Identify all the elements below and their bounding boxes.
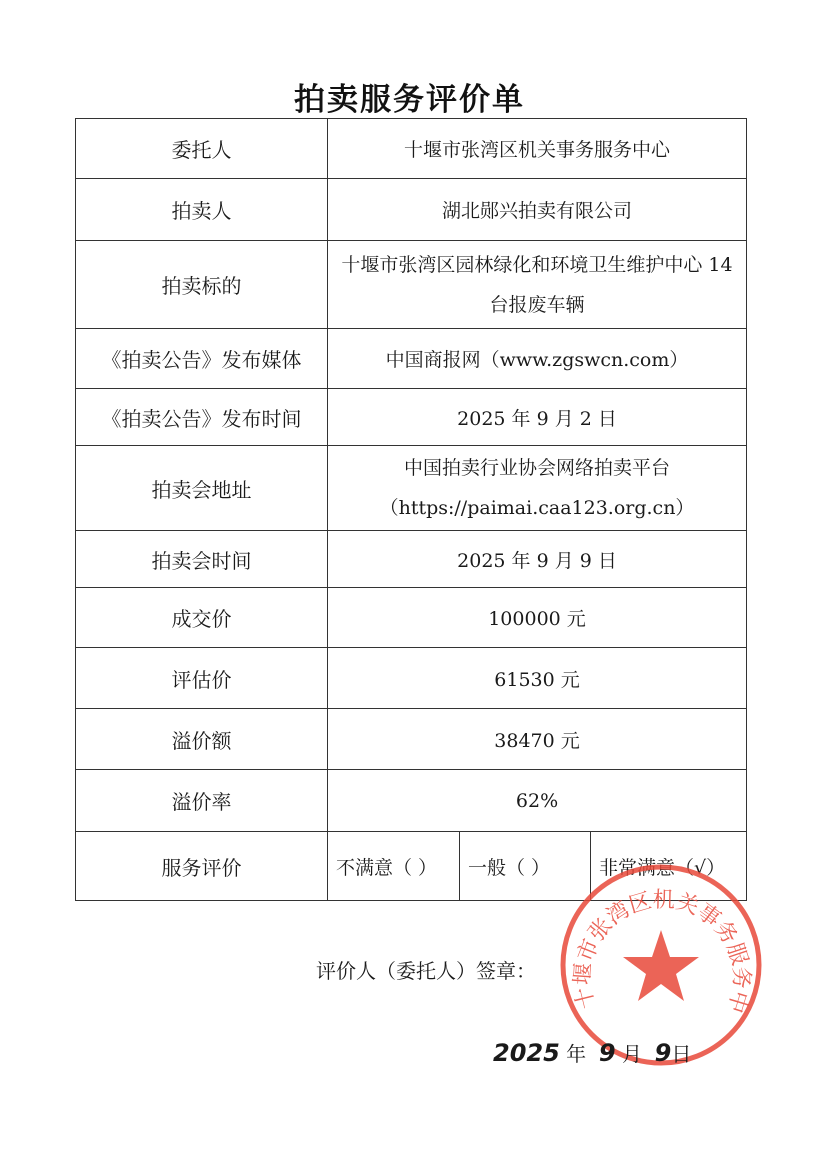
row-announcement-media: 《拍卖公告》发布媒体 中国商报网（www.zgswcn.com） <box>76 329 747 389</box>
value-premium-amount: 38470 元 <box>328 709 747 770</box>
row-premium-rate: 溢价率 62% <box>76 770 747 832</box>
option-average-mark[interactable]: （ ） <box>506 857 550 879</box>
label-premium-amount: 溢价额 <box>76 709 328 770</box>
label-announcement-media: 《拍卖公告》发布媒体 <box>76 329 328 389</box>
auction-object-line-2: 台报废车辆 <box>328 285 746 325</box>
star-icon <box>623 930 699 1001</box>
label-auction-address: 拍卖会地址 <box>76 446 328 531</box>
document-title: 拍卖服务评价单 <box>0 74 819 119</box>
signature-label: 评价人（委托人）签章： <box>316 955 536 984</box>
label-auction-date: 拍卖会时间 <box>76 531 328 588</box>
label-auction-object: 拍卖标的 <box>76 241 328 329</box>
label-announcement-date: 《拍卖公告》发布时间 <box>76 389 328 446</box>
label-premium-rate: 溢价率 <box>76 770 328 832</box>
value-auctioneer: 湖北郧兴拍卖有限公司 <box>328 179 747 241</box>
value-announcement-date: 2025 年 9 月 2 日 <box>328 389 747 446</box>
label-auctioneer: 拍卖人 <box>76 179 328 241</box>
option-average-text: 一般 <box>468 857 506 879</box>
row-appraised-price: 评估价 61530 元 <box>76 648 747 709</box>
value-appraised-price: 61530 元 <box>328 648 747 709</box>
day-unit: 日 <box>671 1042 691 1066</box>
value-auction-date: 2025 年 9 月 9 日 <box>328 531 747 588</box>
signed-month: 9 <box>599 1039 616 1067</box>
seal-text: 十堰市张湾区机关事务服务中心 <box>558 862 753 1016</box>
evaluation-table: 委托人 十堰市张湾区机关事务服务中心 拍卖人 湖北郧兴拍卖有限公司 拍卖标的 十… <box>75 118 747 901</box>
label-consignor: 委托人 <box>76 119 328 179</box>
row-auction-object: 拍卖标的 十堰市张湾区园林绿化和环境卫生维护中心 14 台报废车辆 <box>76 241 747 329</box>
row-auctioneer: 拍卖人 湖北郧兴拍卖有限公司 <box>76 179 747 241</box>
value-auction-object: 十堰市张湾区园林绿化和环境卫生维护中心 14 台报废车辆 <box>328 241 747 329</box>
signed-year: 2025 <box>493 1039 560 1067</box>
svg-text:十堰市张湾区机关事务服务中心: 十堰市张湾区机关事务服务中心 <box>558 862 753 1016</box>
value-final-price: 100000 元 <box>328 588 747 648</box>
auction-address-line-2: （https://paimai.caa123.org.cn） <box>328 488 746 528</box>
auction-object-line-1: 十堰市张湾区园林绿化和环境卫生维护中心 14 <box>328 245 746 285</box>
row-auction-address: 拍卖会地址 中国拍卖行业协会网络拍卖平台 （https://paimai.caa… <box>76 446 747 531</box>
label-final-price: 成交价 <box>76 588 328 648</box>
row-final-price: 成交价 100000 元 <box>76 588 747 648</box>
option-unsatisfied[interactable]: 不满意（ ） <box>328 832 460 901</box>
value-consignor: 十堰市张湾区机关事务服务中心 <box>328 119 747 179</box>
value-auction-address: 中国拍卖行业协会网络拍卖平台 （https://paimai.caa123.or… <box>328 446 747 531</box>
option-unsatisfied-text: 不满意 <box>336 857 393 879</box>
signed-day: 9 <box>655 1039 672 1067</box>
month-unit: 月 <box>622 1042 642 1066</box>
label-appraised-price: 评估价 <box>76 648 328 709</box>
year-unit: 年 <box>566 1042 586 1066</box>
row-consignor: 委托人 十堰市张湾区机关事务服务中心 <box>76 119 747 179</box>
label-service-evaluation: 服务评价 <box>76 832 328 901</box>
row-announcement-date: 《拍卖公告》发布时间 2025 年 9 月 2 日 <box>76 389 747 446</box>
value-premium-rate: 62% <box>328 770 747 832</box>
row-auction-date: 拍卖会时间 2025 年 9 月 9 日 <box>76 531 747 588</box>
row-premium-amount: 溢价额 38470 元 <box>76 709 747 770</box>
value-announcement-media: 中国商报网（www.zgswcn.com） <box>328 329 747 389</box>
signed-date: 2025 年 9 月 9日 <box>493 1038 691 1067</box>
auction-address-line-1: 中国拍卖行业协会网络拍卖平台 <box>328 448 746 488</box>
option-unsatisfied-mark[interactable]: （ ） <box>393 857 437 879</box>
